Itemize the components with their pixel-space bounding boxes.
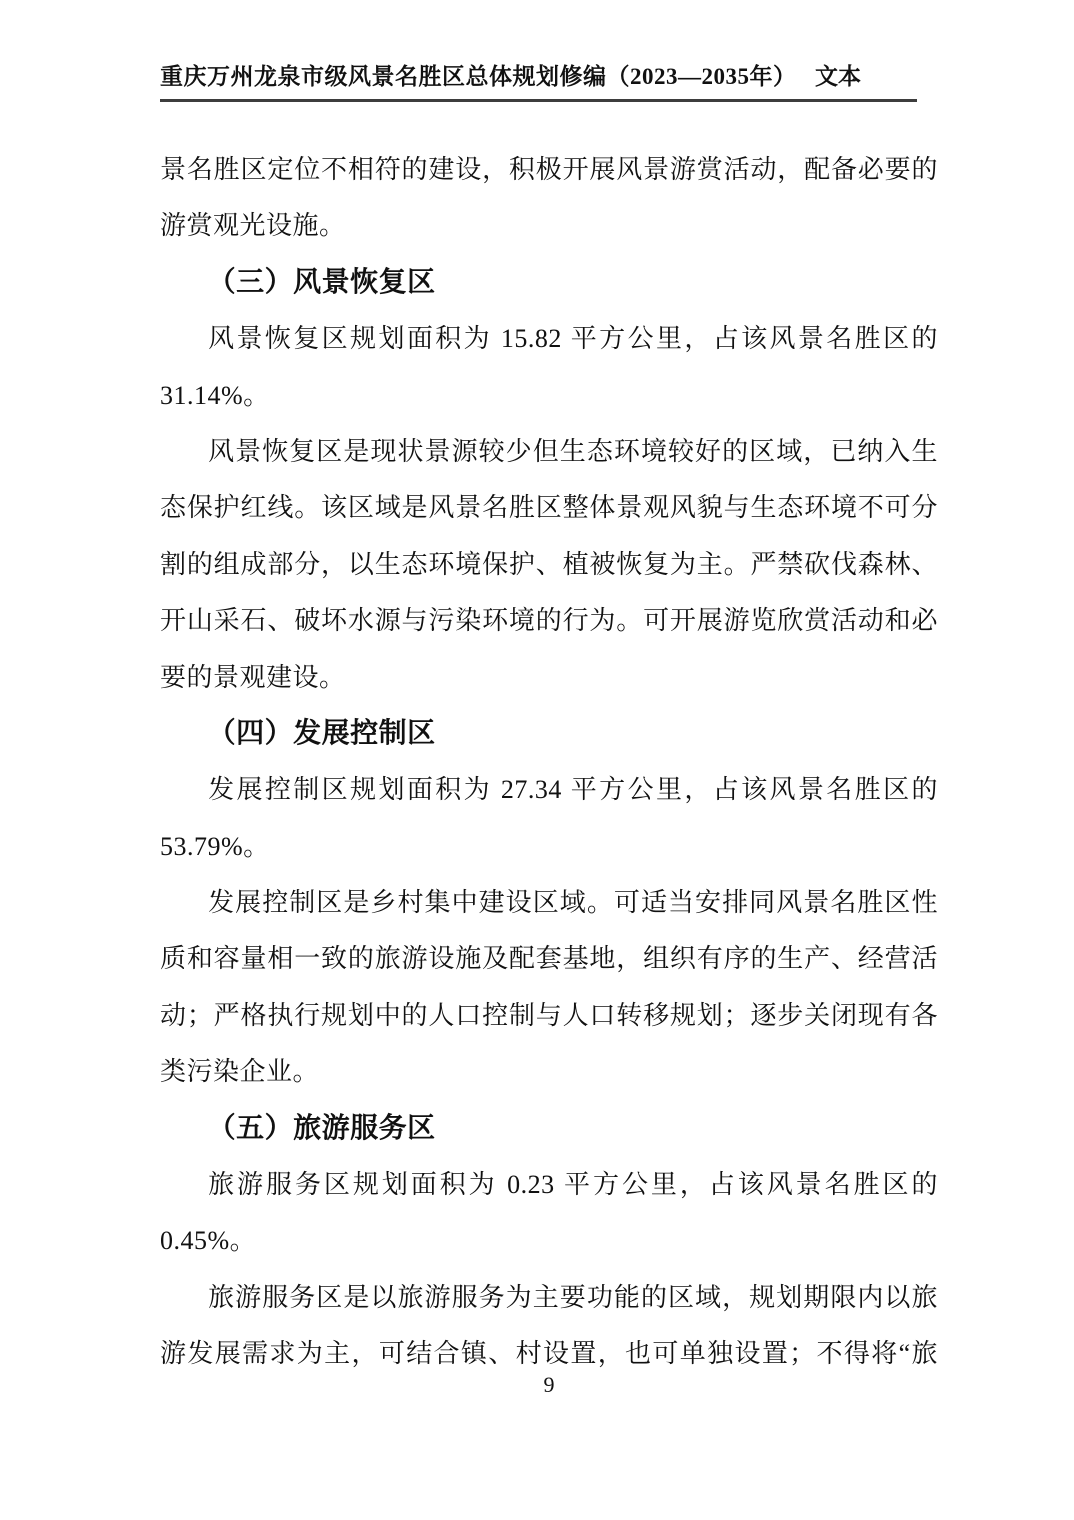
body-text-line: 游赏观光设施。 [160, 198, 938, 254]
body-text-line: 类污染企业。 [160, 1044, 938, 1100]
section-heading: （三）风景恢复区 [160, 255, 938, 311]
body-text-line: 发展控制区规划面积为 27.34 平方公里，占该风景名胜区的 [160, 762, 938, 818]
page-header: 重庆万州龙泉市级风景名胜区总体规划修编（2023—2035年） 文本 [160, 64, 917, 102]
body-text-line: 风景恢复区是现状景源较少但生态环境较好的区域，已纳入生 [160, 424, 938, 480]
body-text-line: 53.79%。 [160, 819, 938, 875]
body-text-line: 0.45%。 [160, 1213, 938, 1269]
header-doc-type-label: 文本 [815, 64, 917, 90]
body-text-line: 发展控制区是乡村集中建设区域。可适当安排同风景名胜区性 [160, 875, 938, 931]
body-text-line: 31.14%。 [160, 368, 938, 424]
document-page: 重庆万州龙泉市级风景名胜区总体规划修编（2023—2035年） 文本 景名胜区定… [0, 0, 1074, 1520]
header-title: 重庆万州龙泉市级风景名胜区总体规划修编（2023—2035年） [160, 64, 797, 90]
document-body: 景名胜区定位不相符的建设，积极开展风景游赏活动，配备必要的游赏观光设施。（三）风… [160, 142, 938, 1383]
body-text-line: 割的组成部分，以生态环境保护、植被恢复为主。严禁砍伐森林、 [160, 537, 938, 593]
section-heading: （五）旅游服务区 [160, 1101, 938, 1157]
body-text-line: 动；严格执行规划中的人口控制与人口转移规划；逐步关闭现有各 [160, 988, 938, 1044]
body-text-line: 风景恢复区规划面积为 15.82 平方公里，占该风景名胜区的 [160, 311, 938, 367]
page-number: 9 [160, 1372, 938, 1398]
body-text-line: 态保护红线。该区域是风景名胜区整体景观风貌与生态环境不可分 [160, 480, 938, 536]
body-text-line: 旅游服务区规划面积为 0.23 平方公里，占该风景名胜区的 [160, 1157, 938, 1213]
section-heading: （四）发展控制区 [160, 706, 938, 762]
body-text-line: 开山采石、破坏水源与污染环境的行为。可开展游览欣赏活动和必 [160, 593, 938, 649]
body-text-line: 旅游服务区是以旅游服务为主要功能的区域，规划期限内以旅 [160, 1270, 938, 1326]
body-text-line: 景名胜区定位不相符的建设，积极开展风景游赏活动，配备必要的 [160, 142, 938, 198]
body-text-line: 质和容量相一致的旅游设施及配套基地，组织有序的生产、经营活 [160, 931, 938, 987]
body-text-line: 要的景观建设。 [160, 650, 938, 706]
